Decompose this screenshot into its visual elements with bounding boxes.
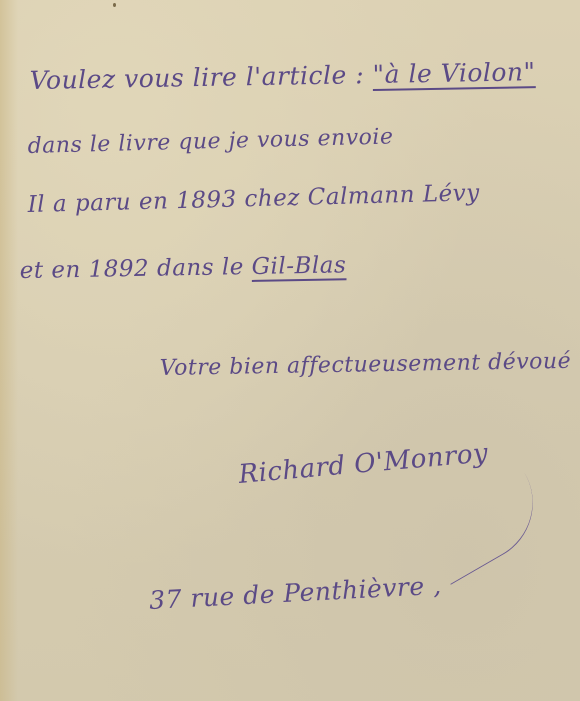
letter-line-4: et en 1892 dans le Gil-Blas (20, 252, 347, 284)
letter-line-3: Il a paru en 1893 chez Calmann Lévy (27, 180, 480, 218)
letter-page: Voulez vous lire l'article : "à le Violo… (0, 0, 580, 701)
underlined-title: Gil-Blas (251, 252, 346, 280)
line-1-text: Voulez vous lire l'article : "à le Violo… (29, 57, 535, 95)
letter-line-2: dans le livre que je vous envoie (27, 124, 393, 159)
letter-line-1: Voulez vous lire l'article : "à le Violo… (29, 57, 535, 95)
closing-line: Votre bien affectueusement dévoué (160, 349, 572, 381)
underlined-title: "à le Violon" (372, 57, 535, 89)
paper-speck (113, 3, 116, 7)
address-line: 37 rue de Penthièvre , (148, 571, 442, 615)
